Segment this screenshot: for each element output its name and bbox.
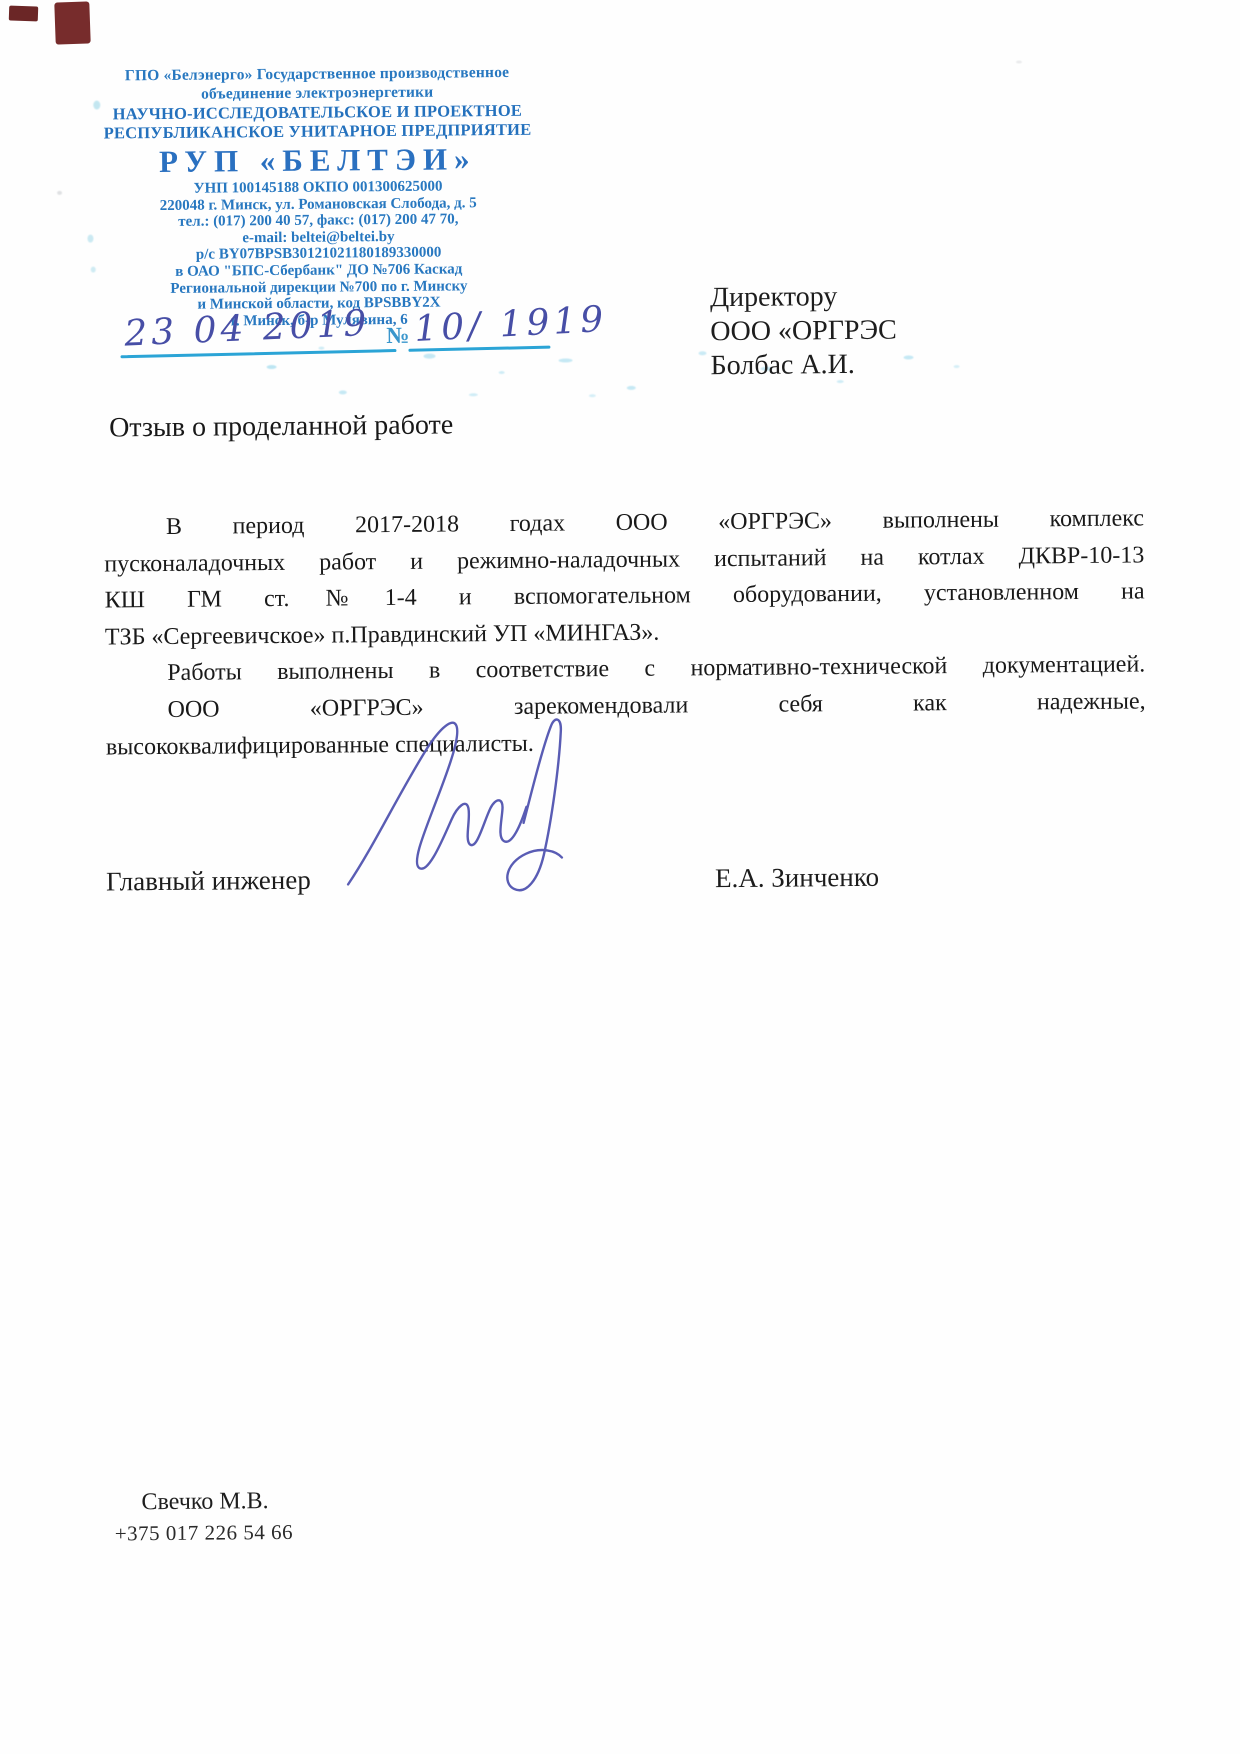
ref-number-handwritten: 10/ 1919 — [413, 299, 608, 350]
addressee-block: Директору ООО «ОРГРЭС Болбас А.И. — [710, 280, 897, 384]
addressee-line: ООО «ОРГРЭС — [710, 314, 897, 350]
scan-content: ГПО «Белэнерго» Государственное производ… — [0, 0, 1240, 1754]
scan-noise-speck — [87, 235, 93, 243]
number-sign: № — [386, 323, 409, 349]
stamp-residue — [0, 0, 1235, 5]
scan-noise-speck — [1016, 60, 1022, 63]
letter-body: В период 2017-2018 годах ООО «ОРГРЭС» вы… — [104, 500, 1146, 765]
document-title: Отзыв о проделанной работе — [109, 409, 453, 444]
letterhead: ГПО «Белэнерго» Государственное производ… — [101, 63, 535, 331]
scan-noise-speck — [57, 191, 62, 195]
signatory-name: Е.А. Зинченко — [715, 862, 879, 894]
letterhead-line: РЕСПУБЛИКАНСКОЕ УНИТАРНОЕ ПРЕДПРИЯТИЕ — [101, 120, 533, 143]
reference-line: 23 04 2019 № 10/ 1919 — [118, 303, 579, 367]
scan-noise-speck — [91, 267, 96, 273]
scan-noise-speck — [93, 101, 100, 110]
scanned-letter-page: ГПО «Белэнерго» Государственное производ… — [0, 0, 1240, 1754]
position-title: Главный инженер — [106, 865, 311, 898]
contact-phone: +375 017 226 54 66 — [115, 1520, 294, 1547]
signature-ink — [337, 703, 609, 897]
letterhead-line: ГПО «Белэнерго» Государственное производ… — [101, 63, 533, 86]
org-name: РУП «БЕЛТЭИ» — [102, 141, 534, 181]
addressee-line: Болбас А.И. — [710, 348, 897, 384]
addressee-line: Директору — [710, 280, 897, 316]
ref-date-handwritten: 23 04 2019 — [123, 303, 371, 355]
contact-name: Свечко М.В. — [141, 1488, 268, 1516]
